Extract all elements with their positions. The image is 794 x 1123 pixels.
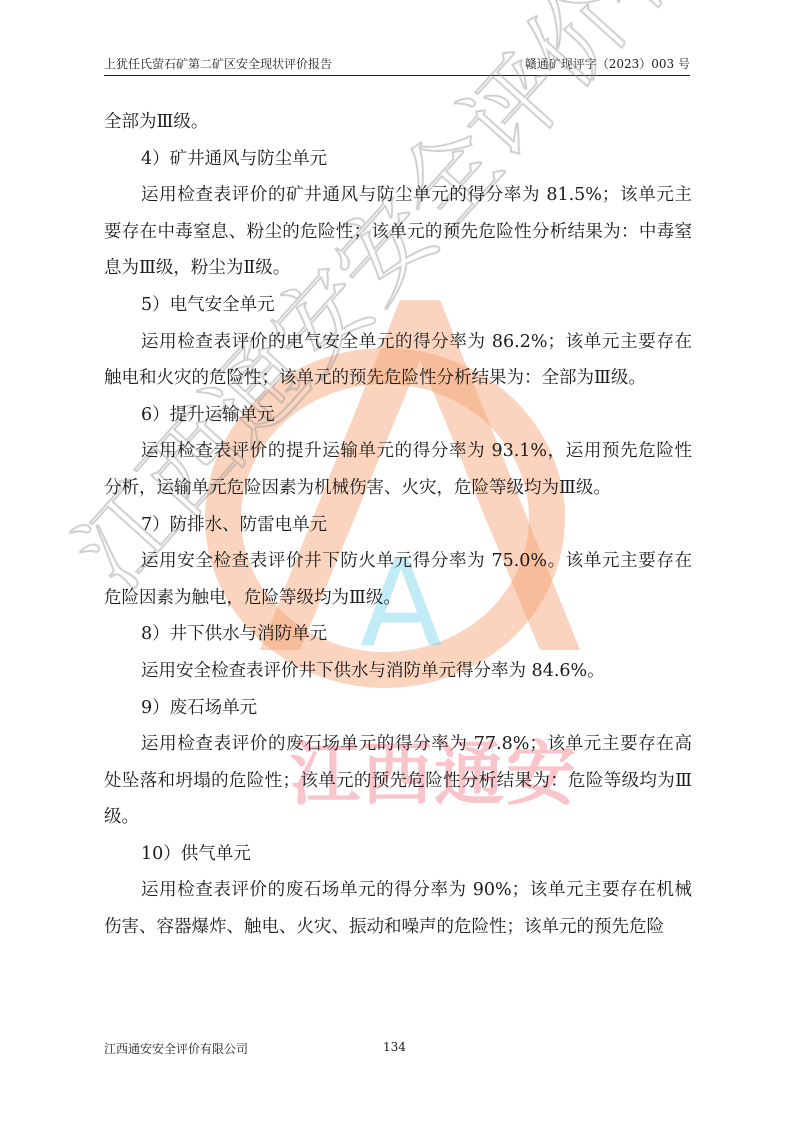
section-heading-hoisting: 6）提升运输单元	[104, 397, 692, 434]
section-heading-electrical: 5）电气安全单元	[104, 287, 692, 324]
page-footer: 江西通安安全评价有限公司 134	[104, 1040, 694, 1056]
paragraph-hoisting: 运用检查表评价的提升运输单元的得分率为 93.1%，运用预先危险性分析，运输单元…	[104, 433, 692, 506]
page-header: 上犹任氏萤石矿第二矿区安全现状评价报告 赣通矿现评字（2023）003 号	[104, 54, 690, 76]
paragraph-continuation: 全部为Ⅲ级。	[104, 104, 692, 141]
section-heading-water-fire: 8）井下供水与消防单元	[104, 616, 692, 653]
paragraph-air-supply: 运用检查表评价的废石场单元的得分率为 90%；该单元主要存在机械伤害、容器爆炸、…	[104, 872, 692, 945]
paragraph-drainage-lightning: 运用安全检查表评价井下防火单元得分率为 75.0%。该单元主要存在危险因素为触电…	[104, 543, 692, 616]
report-number: 赣通矿现评字（2023）003 号	[525, 55, 690, 72]
document-body: 全部为Ⅲ级。 4）矿井通风与防尘单元 运用检查表评价的矿井通风与防尘单元的得分率…	[104, 104, 692, 946]
page-number: 134	[383, 1040, 406, 1054]
section-heading-ventilation: 4）矿井通风与防尘单元	[104, 141, 692, 178]
paragraph-water-fire: 运用安全检查表评价井下供水与消防单元得分率为 84.6%。	[104, 653, 692, 690]
paragraph-electrical: 运用检查表评价的电气安全单元的得分率为 86.2%；该单元主要存在触电和火灾的危…	[104, 324, 692, 397]
paragraph-ventilation: 运用检查表评价的矿井通风与防尘单元的得分率为 81.5%；该单元主要存在中毒窒息…	[104, 177, 692, 287]
report-title: 上犹任氏萤石矿第二矿区安全现状评价报告	[104, 55, 332, 72]
footer-company: 江西通安安全评价有限公司	[104, 1040, 248, 1057]
section-heading-air-supply: 10）供气单元	[104, 836, 692, 873]
section-heading-waste-rock: 9）废石场单元	[104, 690, 692, 727]
paragraph-waste-rock: 运用检查表评价的废石场单元的得分率为 77.8%；该单元主要存在高处坠落和坍塌的…	[104, 726, 692, 836]
section-heading-drainage-lightning: 7）防排水、防雷电单元	[104, 507, 692, 544]
